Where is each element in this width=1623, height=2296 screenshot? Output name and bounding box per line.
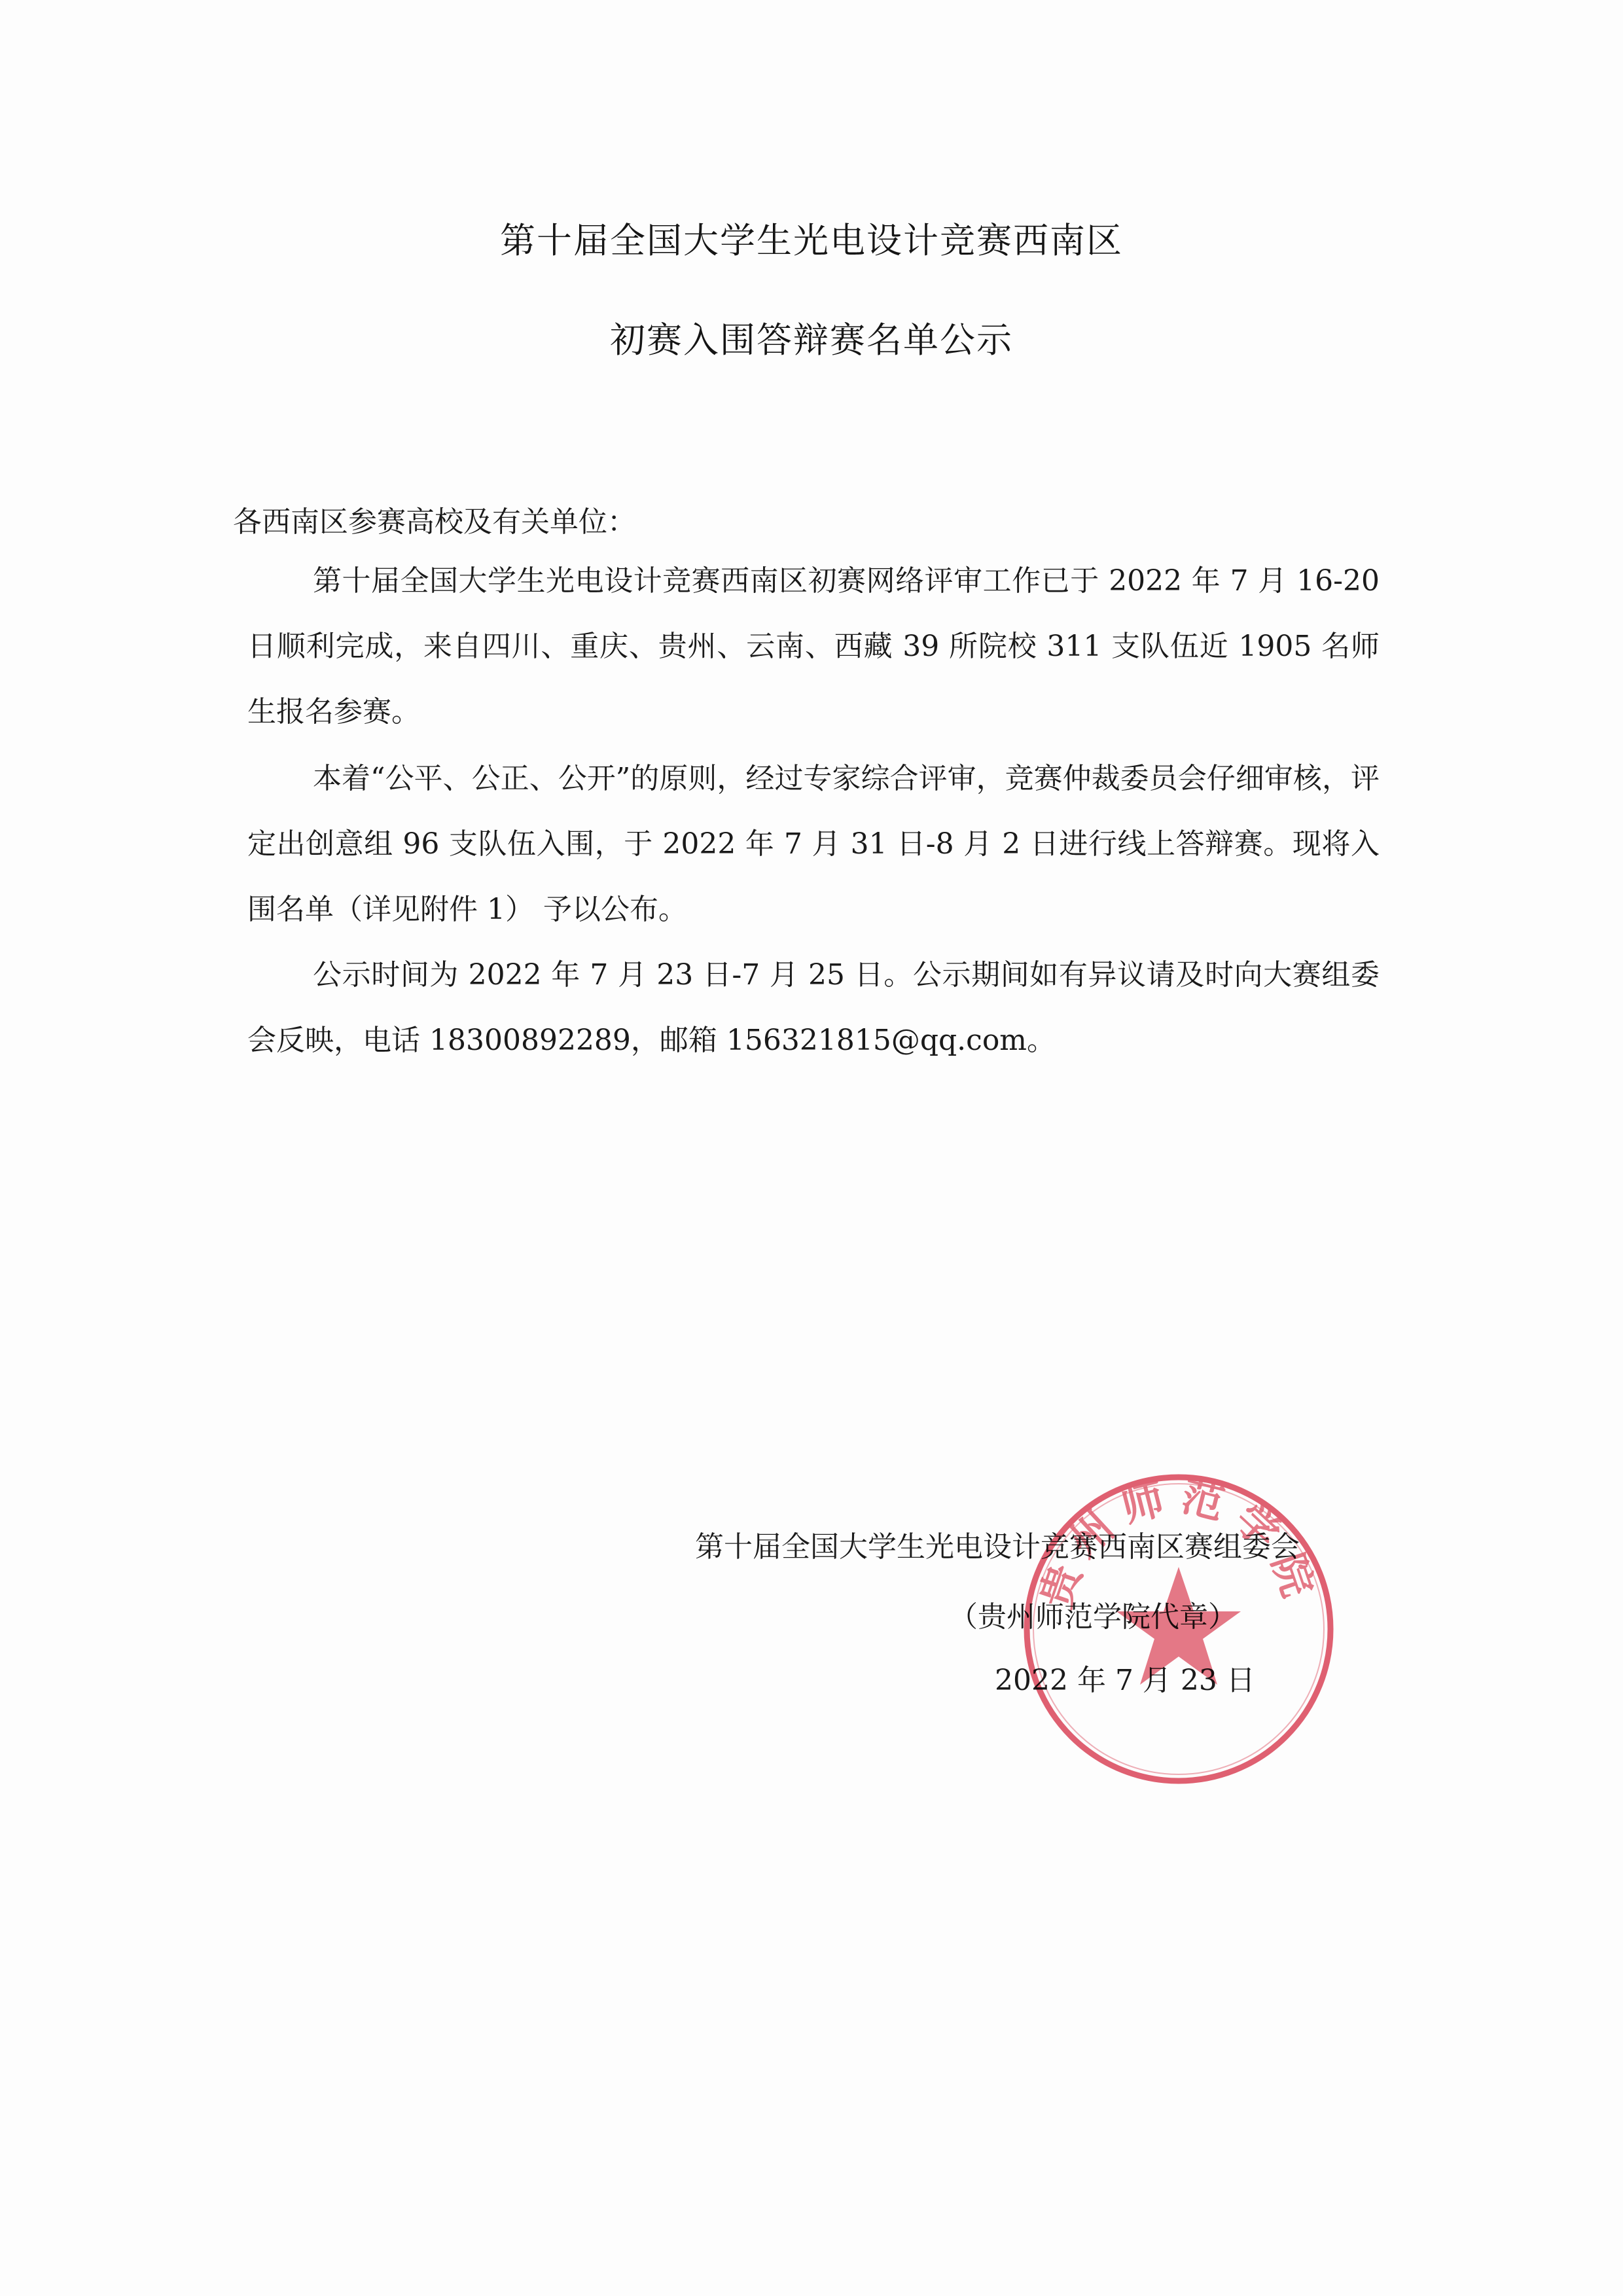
salutation: 各西南区参赛高校及有关单位： [233, 503, 636, 542]
paragraph-shortlist-announcement: 本着“公平、公正、公开”的原则，经过专家综合评审，竞赛仲裁委员会仔细审核，评定出… [247, 746, 1380, 942]
signature-date: 2022 年 7 月 23 日 [995, 1661, 1255, 1700]
paragraph-review-summary: 第十届全国大学生光电设计竞赛西南区初赛网络评审工作已于 2022 年 7 月 1… [247, 548, 1380, 745]
paragraph-publicity-contact: 公示时间为 2022 年 7 月 23 日-7 月 25 日。公示期间如有异议请… [247, 942, 1380, 1073]
document-page: 第十届全国大学生光电设计竞赛西南区 初赛入围答辩赛名单公示 各西南区参赛高校及有… [0, 0, 1623, 2296]
document-title-line1: 第十届全国大学生光电设计竞赛西南区 [0, 213, 1623, 263]
document-title-line2: 初赛入围答辩赛名单公示 [0, 312, 1623, 363]
signature-organization: 第十届全国大学生光电设计竞赛西南区赛组委会 [695, 1528, 1300, 1567]
signature-seal-note: （贵州师范学院代章） [949, 1598, 1237, 1637]
